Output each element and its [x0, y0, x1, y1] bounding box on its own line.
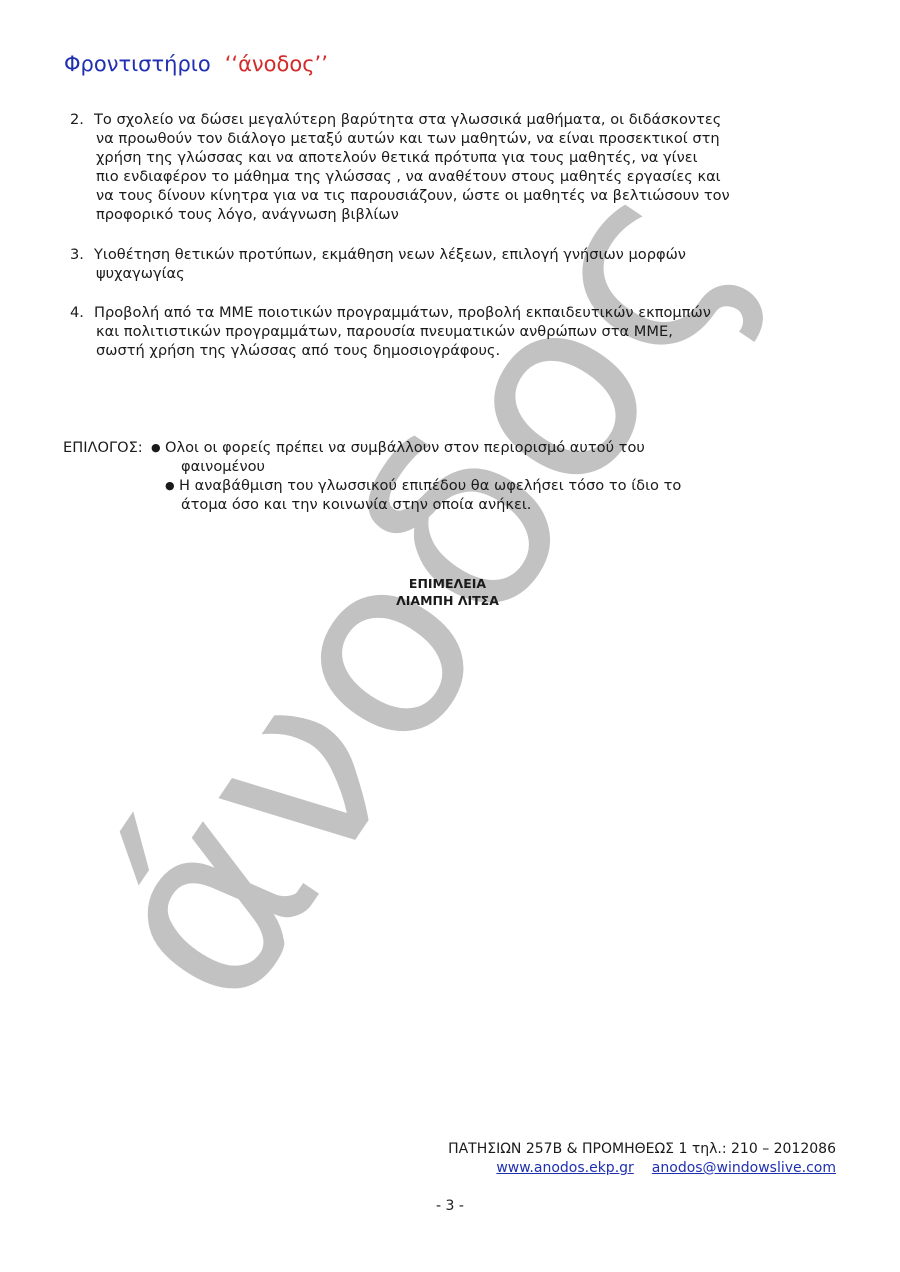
bullet-icon: ● [151, 438, 165, 457]
footer-links: www.anodos.ekp.granodos@windowslive.com [448, 1159, 836, 1178]
epilogue-bullet-line: Ολοι οι φορείς πρέπει να συμβάλλουν στον… [165, 439, 645, 456]
signature-block: ΕΠΙΜΕΛΕΙΑ ΛΙΑΜΠΗ ΛΙΤΣΑ [0, 575, 900, 609]
list-item-2: 2.Το σχολείο να δώσει μεγαλύτερη βαρύτητ… [70, 110, 770, 224]
list-item-number: 3. [70, 245, 94, 264]
list-item-line: και πολιτιστικών προγραμμάτων, παρουσία … [70, 322, 770, 341]
list-item-line: να τους δίνουν κίνητρα για να τις παρουσ… [70, 186, 770, 205]
list-item-line: σωστή χρήση της γλώσσας από τους δημοσιο… [70, 341, 770, 360]
website-link[interactable]: www.anodos.ekp.gr [496, 1160, 633, 1176]
page-number: - 3 - [436, 1198, 464, 1214]
bullet-icon: ● [165, 476, 179, 495]
list-item-number: 4. [70, 303, 94, 322]
list-item-line: Το σχολείο να δώσει μεγαλύτερη βαρύτητα … [94, 111, 721, 128]
list-item-line: Προβολή από τα ΜΜΕ ποιοτικών προγραμμάτω… [94, 304, 711, 321]
list-item-line: χρήση της γλώσσας και να αποτελούν θετικ… [70, 148, 770, 167]
page-footer: ΠΑΤΗΣΙΩΝ 257Β & ΠΡΟΜΗΘΕΩΣ 1 τηλ.: 210 – … [448, 1140, 836, 1178]
epilogue-label: ΕΠΙΛΟΓΟΣ: [63, 438, 143, 457]
email-link[interactable]: anodos@windowslive.com [652, 1160, 836, 1176]
signature-name: ΛΙΑΜΠΗ ΛΙΤΣΑ [0, 592, 900, 609]
list-item-line: προφορικό τους λόγο, ανάγνωση βιβλίων [70, 205, 770, 224]
list-item-line: ψυχαγωγίας [70, 264, 770, 283]
list-item-line: να προωθούν τον διάλογο μεταξύ αυτών και… [70, 129, 770, 148]
header-brand: Φροντιστήριο [64, 52, 211, 76]
page-header: Φροντιστήριο‘‘άνοδος’’ [64, 52, 328, 76]
list-item-3: 3.Υιοθέτηση θετικών προτύπων, εκμάθηση ν… [70, 245, 770, 283]
header-school-name: ‘‘άνοδος’’ [225, 52, 328, 76]
list-item-4: 4.Προβολή από τα ΜΜΕ ποιοτικών προγραμμά… [70, 303, 770, 360]
footer-address: ΠΑΤΗΣΙΩΝ 257Β & ΠΡΟΜΗΘΕΩΣ 1 τηλ.: 210 – … [448, 1140, 836, 1159]
epilogue-bullet-line: φαινομένου [151, 457, 645, 476]
list-item-number: 2. [70, 110, 94, 129]
epilogue-bullet-line: Η αναβάθμιση του γλωσσικού επιπέδου θα ω… [179, 477, 681, 494]
epilogue-bullet: ●Ολοι οι φορείς πρέπει να συμβάλλουν στο… [151, 438, 645, 476]
list-item-line: πιο ενδιαφέρον το μάθημα της γλώσσας , ν… [70, 167, 770, 186]
list-item-line: Υιοθέτηση θετικών προτύπων, εκμάθηση νεω… [94, 246, 686, 263]
signature-title: ΕΠΙΜΕΛΕΙΑ [0, 575, 900, 592]
epilogue-bullet: ●Η αναβάθμιση του γλωσσικού επιπέδου θα … [165, 476, 681, 514]
epilogue-bullet-line: άτομα όσο και την κοινωνία στην οποία αν… [165, 495, 681, 514]
